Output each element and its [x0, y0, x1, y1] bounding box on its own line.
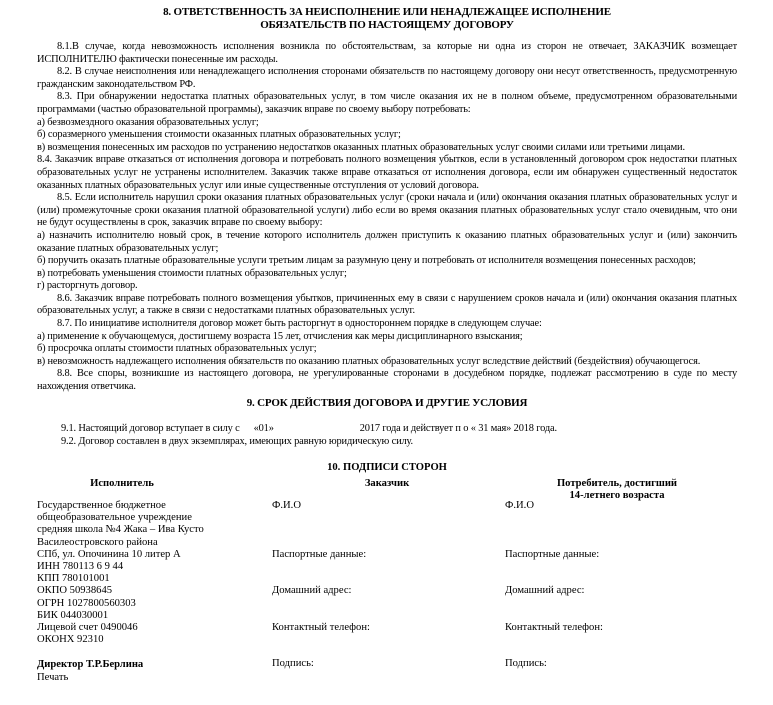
section9-title: 9. СРОК ДЕЙСТВИЯ ДОГОВОРА И ДРУГИЕ УСЛОВ…	[37, 397, 737, 410]
customer-passport: Паспортные данные:	[272, 549, 366, 561]
clause-8-7-b: б) просрочка оплаты стоимости платных об…	[37, 343, 737, 356]
clause-8-5-g: г) расторгнуть договор.	[37, 280, 737, 293]
executor-line: ОКОНХ 92310	[37, 634, 267, 646]
clause-9-1-prefix: 9.1. Настоящий договор вступает в силу с	[61, 423, 240, 434]
director-name: Директор Т.Р.Берлина	[37, 659, 267, 671]
clause-8-1: 8.1.В случае, когда невозможность исполн…	[37, 41, 737, 66]
clause-8-5-v: в) потребовать уменьшения стоимости плат…	[37, 268, 737, 281]
clause-8-7-v: в) невозможность надлежащего исполнения …	[37, 356, 737, 369]
clause-8-3-a: а) безвозмездного оказания образовательн…	[37, 117, 737, 130]
clause-8-3-v: в) возмещения понесенных им расходов по …	[37, 142, 737, 155]
customer-signature: Подпись:	[272, 658, 314, 670]
executor-line: общеобразовательное учреждение	[37, 512, 267, 524]
clause-8-5: 8.5. Если исполнитель нарушил сроки оказ…	[37, 192, 737, 230]
clause-8-3: 8.3. При обнаружении недостатка платных …	[37, 91, 737, 116]
clause-9-1: 9.1. Настоящий договор вступает в силу с…	[61, 423, 737, 436]
signatures-section: 10. ПОДПИСИ СТОРОН Исполнитель Заказчик …	[37, 478, 737, 703]
stamp-label: Печать	[37, 672, 267, 684]
clause-8-8: 8.8. Все споры, возникшие из настоящего …	[37, 368, 737, 393]
consumer-phone: Контактный телефон:	[505, 622, 603, 634]
clause-8-5-a: а) назначить исполнителю новый срок, в т…	[37, 230, 737, 255]
executor-line: Государственное бюджетное	[37, 500, 267, 512]
col-executor-header: Исполнитель	[37, 478, 207, 490]
consumer-address: Домашний адрес:	[505, 585, 584, 597]
customer-fio: Ф.И.О	[272, 500, 301, 512]
consumer-passport: Паспортные данные:	[505, 549, 599, 561]
clause-8-7: 8.7. По инициативе исполнителя договор м…	[37, 318, 737, 331]
clause-8-5-b: б) поручить оказать платные образователь…	[37, 255, 737, 268]
executor-line: КПП 780101001	[37, 573, 267, 585]
consumer-signature: Подпись:	[505, 658, 547, 670]
clause-9-2: 9.2. Договор составлен в двух экземпляра…	[61, 436, 737, 449]
clause-8-3-b: б) соразмерного уменьшения стоимости ока…	[37, 129, 737, 142]
clause-8-6: 8.6. Заказчик вправе потребовать полного…	[37, 293, 737, 318]
consumer-header-line1: Потребитель, достигший	[517, 478, 717, 490]
customer-address: Домашний адрес:	[272, 585, 351, 597]
executor-line: ОКПО 50938645	[37, 585, 267, 597]
customer-phone: Контактный телефон:	[272, 622, 370, 634]
executor-line: Василеостровского района	[37, 537, 267, 549]
consumer-header-line2: 14-летнего возраста	[517, 490, 717, 502]
executor-line: средняя школа №4 Жака – Ива Кусто	[37, 524, 267, 536]
executor-line: БИК 044030001	[37, 610, 267, 622]
section10-title: 10. ПОДПИСИ СТОРОН	[37, 462, 737, 474]
clause-8-2: 8.2. В случае неисполнения или ненадлежа…	[37, 66, 737, 91]
executor-line: ИНН 780113 6 9 44	[37, 561, 267, 573]
section8-title-line2: ОБЯЗАТЕЛЬСТВ ПО НАСТОЯЩЕМУ ДОГОВОРУ	[37, 19, 737, 32]
clause-9-1-suffix: 2017 года и действует п о « 31 мая» 2018…	[360, 423, 557, 434]
contract-page: 8. ОТВЕТСТВЕННОСТЬ ЗА НЕИСПОЛНЕНИЕ ИЛИ Н…	[37, 6, 737, 448]
start-day: «01»	[254, 423, 274, 434]
col-customer-header: Заказчик	[287, 478, 487, 490]
executor-line: ОГРН 1027800560303	[37, 598, 267, 610]
clause-8-4: 8.4. Заказчик вправе отказаться от испол…	[37, 154, 737, 192]
section8-title-line1: 8. ОТВЕТСТВЕННОСТЬ ЗА НЕИСПОЛНЕНИЕ ИЛИ Н…	[37, 6, 737, 19]
executor-line: СПб, ул. Опочинина 10 литер А	[37, 549, 267, 561]
executor-details: Государственное бюджетное общеобразовате…	[37, 500, 267, 684]
clause-8-7-a: а) применение к обучающемуся, достигшему…	[37, 331, 737, 344]
executor-line: Лицевой счет 0490046	[37, 622, 267, 634]
col-consumer-header: Потребитель, достигший 14-летнего возрас…	[517, 478, 717, 502]
consumer-fio: Ф.И.О	[505, 500, 534, 512]
